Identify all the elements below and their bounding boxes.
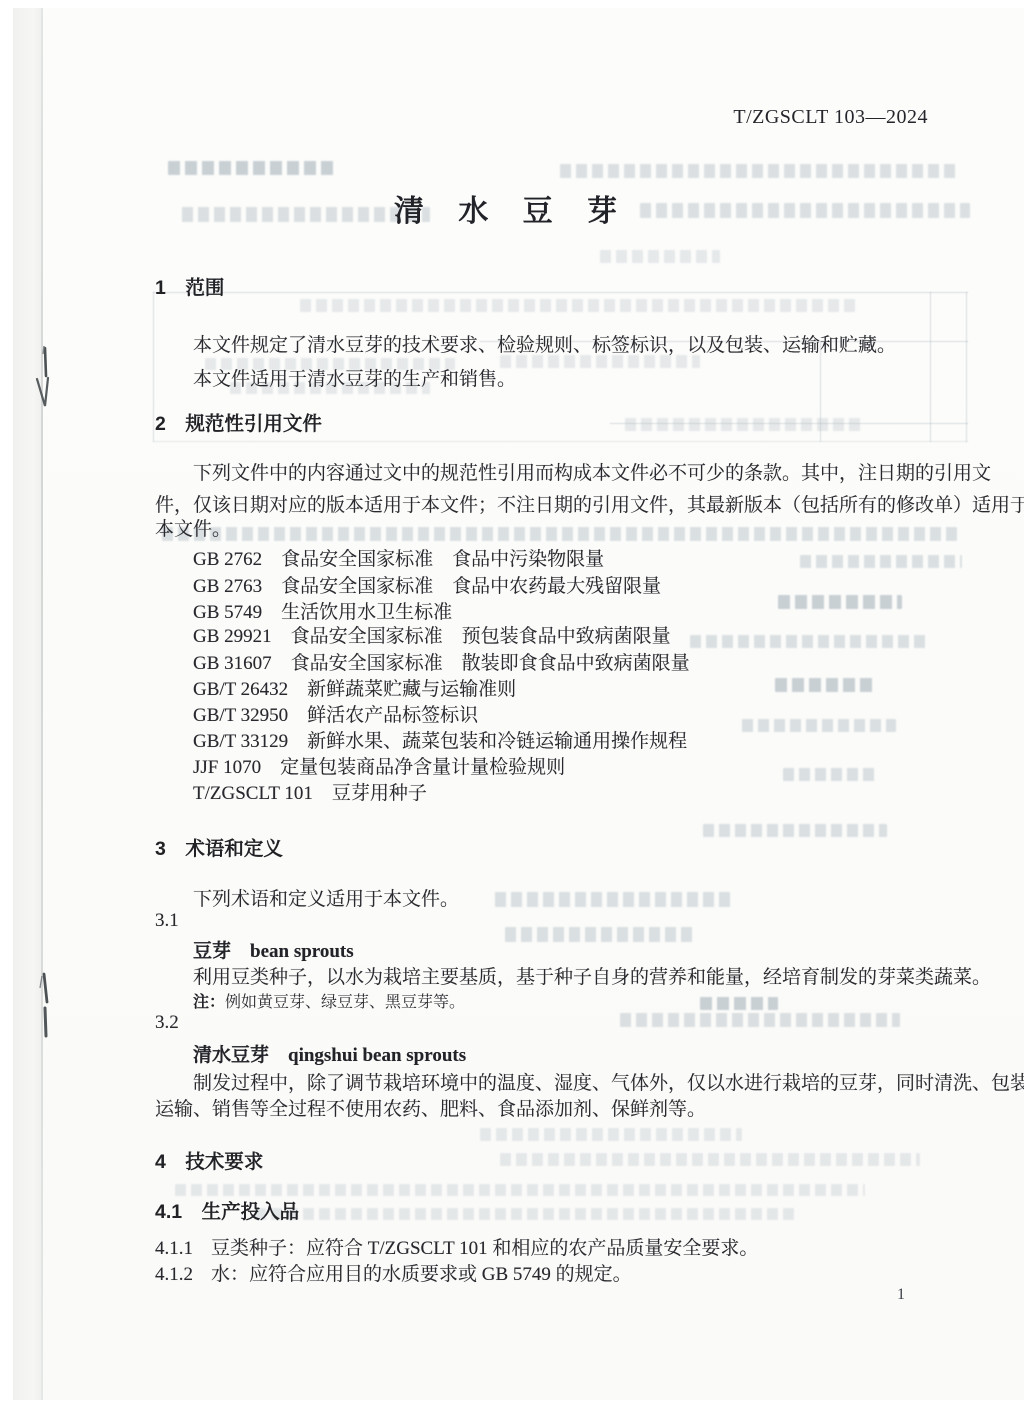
- clause-4-1-1: 4.1.1豆类种子：应符合 T/ZGSCLT 101 和相应的农产品质量安全要求…: [155, 1233, 758, 1260]
- bleedthrough-text-ghost: [300, 299, 860, 312]
- clause-4-1-2-number: 4.1.2: [155, 1264, 193, 1285]
- staple-top-icon: [30, 344, 60, 414]
- term-3-1-number: 3.1: [155, 910, 179, 932]
- note-label: 注：: [193, 994, 225, 1011]
- term-3-2-definition-line-1: 制发过程中，除了调节栽培环境中的温度、湿度、气体外，仅以水进行栽培的豆芽，同时清…: [193, 1068, 1024, 1095]
- note-text: 例如黄豆芽、绿豆芽、黑豆芽等。: [225, 994, 465, 1011]
- reference-item: GB 2763 食品安全国家标准 食品中农药最大残留限量: [193, 571, 661, 598]
- reference-item: JJF 1070 定量包装商品净含量计量检验规则: [193, 752, 565, 779]
- bleedthrough-text-ghost: [255, 1208, 795, 1220]
- section-4-1-heading: 4.1 生产投入品: [155, 1196, 299, 1224]
- section-3-heading: 3 术语和定义: [155, 833, 283, 861]
- bleedthrough-text-ghost: [168, 161, 336, 175]
- normative-intro-line-1: 下列文件中的内容通过文中的规范性引用而构成本文件必不可少的条款。其中，注日期的引…: [193, 458, 991, 485]
- normative-intro-line-2: 件，仅该日期对应的版本适用于本文件；不注日期的引用文件，其最新版本（包括所有的修…: [155, 490, 1024, 517]
- reference-item: T/ZGSCLT 101 豆芽用种子: [193, 778, 427, 805]
- bleedthrough-text-ghost: [620, 1013, 900, 1027]
- section-1-heading: 1 范围: [155, 272, 224, 300]
- bleedthrough-text-ghost: [775, 678, 875, 692]
- bleedthrough-text-ghost: [560, 164, 958, 178]
- reference-item: GB/T 26432 新鲜蔬菜贮藏与运输准则: [193, 674, 516, 701]
- page-number: 1: [897, 1286, 905, 1304]
- terms-intro: 下列术语和定义适用于本文件。: [193, 884, 459, 911]
- reference-item: GB 31607 食品安全国家标准 散装即食食品中致病菌限量: [193, 648, 690, 675]
- scanned-standard-page: { "page": { "header_code": "T/ZGSCLT 103…: [0, 0, 1024, 1408]
- clause-4-1-2: 4.1.2水：应符合应用目的水质要求或 GB 5749 的规定。: [155, 1259, 632, 1286]
- bleedthrough-text-ghost: [700, 997, 778, 1010]
- section-2-heading: 2 规范性引用文件: [155, 408, 322, 436]
- bleedthrough-text-ghost: [690, 635, 928, 648]
- clause-4-1-1-text: 豆类种子：应符合 T/ZGSCLT 101 和相应的农产品质量安全要求。: [211, 1238, 758, 1259]
- reference-item: GB 2762 食品安全国家标准 食品中污染物限量: [193, 544, 604, 571]
- term-3-1-title: 豆芽 bean sprouts: [193, 936, 354, 963]
- doc-code: T/ZGSCLT 103—2024: [733, 106, 928, 129]
- bleedthrough-text-ghost: [505, 927, 695, 942]
- bleedthrough-text-ghost: [800, 555, 962, 568]
- doc-title: 清 水 豆 芽: [0, 186, 1024, 230]
- bleedthrough-text-ghost: [175, 1184, 865, 1196]
- bleedthrough-text-ghost: [703, 824, 887, 837]
- section-4-heading: 4 技术要求: [155, 1146, 263, 1174]
- bleedthrough-text-ghost: [742, 719, 896, 732]
- bleedthrough-text-ghost: [783, 768, 878, 781]
- section-1-paragraph-1: 本文件规定了清水豆芽的技术要求、检验规则、标签标识，以及包装、运输和贮藏。: [193, 330, 896, 357]
- clause-4-1-2-text: 水：应符合应用目的水质要求或 GB 5749 的规定。: [211, 1264, 632, 1285]
- bleedthrough-text-ghost: [500, 1153, 920, 1166]
- bleedthrough-text-ghost: [600, 250, 720, 263]
- reference-item: GB 29921 食品安全国家标准 预包装食品中致病菌限量: [193, 621, 671, 648]
- term-3-2-title: 清水豆芽 qingshui bean sprouts: [193, 1040, 466, 1067]
- bleedthrough-text-ghost: [625, 418, 865, 431]
- term-3-2-definition-line-2: 运输、销售等全过程不使用农药、肥料、食品添加剂、保鲜剂等。: [155, 1094, 706, 1121]
- term-3-2-number: 3.2: [155, 1012, 179, 1034]
- bleedthrough-text-ghost: [778, 595, 902, 609]
- bleedthrough-text-ghost: [162, 527, 957, 541]
- staple-bottom-icon: [30, 968, 60, 1044]
- term-3-1-definition: 利用豆类种子，以水为栽培主要基质，基于种子自身的营养和能量，经培育制发的芽菜类蔬…: [193, 962, 991, 989]
- bleedthrough-text-ghost: [480, 1128, 742, 1141]
- section-1-paragraph-2: 本文件适用于清水豆芽的生产和销售。: [193, 364, 516, 391]
- bleedthrough-text-ghost: [495, 892, 731, 907]
- reference-item: GB/T 32950 鲜活农产品标签标识: [193, 700, 478, 727]
- reference-item: GB 5749 生活饮用水卫生标准: [193, 597, 452, 624]
- term-3-1-note: 注：例如黄豆芽、绿豆芽、黑豆芽等。: [193, 989, 465, 1012]
- reference-item: GB/T 33129 新鲜水果、蔬菜包装和冷链运输通用操作规程: [193, 726, 687, 753]
- clause-4-1-1-number: 4.1.1: [155, 1238, 193, 1259]
- normative-intro-line-3: 本文件。: [155, 514, 231, 541]
